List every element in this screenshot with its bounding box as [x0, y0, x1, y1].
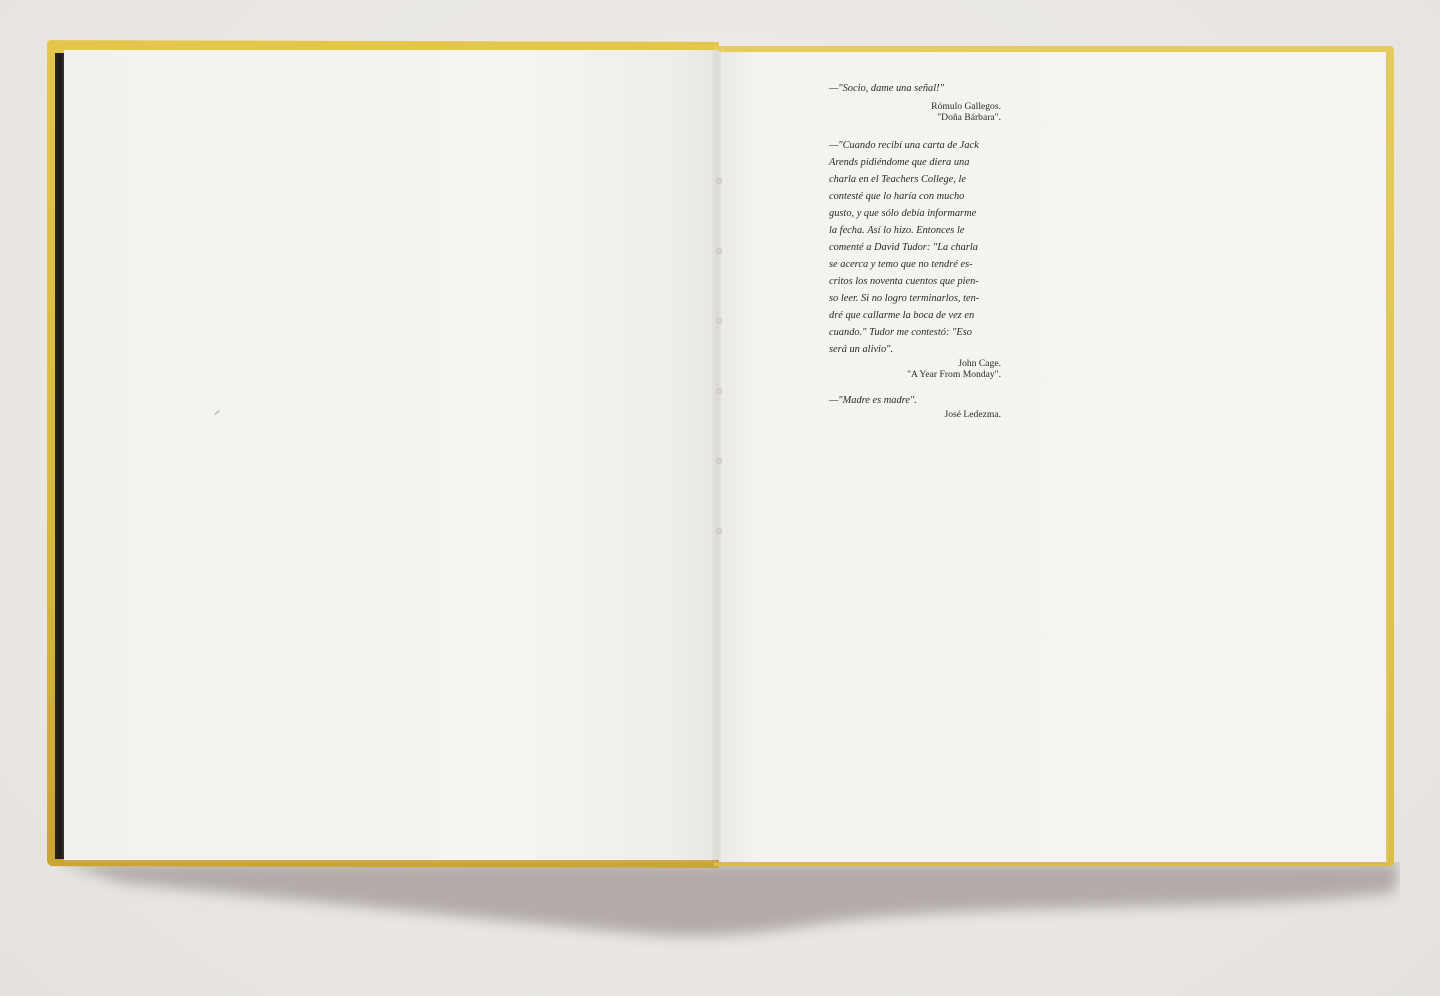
quote-line: la fecha. Así lo hizo. Entonces le — [829, 222, 1001, 239]
epigraph-work: "Doña Bárbara". — [829, 112, 1001, 123]
binding-stitch — [716, 388, 722, 394]
epigraph-author: John Cage. — [829, 358, 1001, 369]
quote-line: so leer. Si no logro terminarlos, ten- — [829, 290, 1001, 307]
quote-line: dré que callarme la boca de vez en — [829, 307, 1001, 324]
quote-line: contesté que lo haría con mucho — [829, 188, 1001, 205]
quote-line: gusto, y que sólo debía informarme — [829, 205, 1001, 222]
right-page[interactable] — [719, 52, 1388, 864]
binding-stitch — [716, 528, 722, 534]
quote-line: —"Cuando recibí una carta de Jack — [829, 137, 1001, 154]
epigraph-quote: —"Socio, dame una señal!" — [829, 80, 1001, 97]
epigraph-quote: —"Madre es madre". — [829, 392, 1001, 409]
book-gutter — [712, 50, 724, 862]
quote-line: será un alivio". — [829, 341, 1001, 358]
quote-line: comenté a David Tudor: "La charla — [829, 239, 1001, 256]
epigraph-author: Rómulo Gallegos. — [829, 101, 1001, 112]
epigraph-block: —"Socio, dame una señal!" Rómulo Gallego… — [829, 80, 1001, 420]
epigraph-work: "A Year From Monday". — [829, 369, 1001, 380]
binding-stitch — [716, 318, 722, 324]
quote-line: se acerca y temo que no tendré es- — [829, 256, 1001, 273]
epigraph-3: —"Madre es madre". José Ledezma. — [829, 392, 1001, 420]
binding-stitch — [716, 458, 722, 464]
quote-line: cuando." Tudor me contestó: "Eso — [829, 324, 1001, 341]
epigraph-2: —"Cuando recibí una carta de Jack Arends… — [829, 137, 1001, 380]
quote-line: charla en el Teachers College, le — [829, 171, 1001, 188]
epigraph-author: José Ledezma. — [829, 409, 1001, 420]
pencil-mark — [214, 410, 219, 415]
binding-stitch — [716, 248, 722, 254]
binding-stitch — [716, 178, 722, 184]
left-page[interactable] — [64, 50, 719, 863]
cover-spine-edge — [55, 53, 64, 859]
quote-line: critos los noventa cuentos que pien- — [829, 273, 1001, 290]
quote-line: Arends pidiéndome que diera una — [829, 154, 1001, 171]
epigraph-1: —"Socio, dame una señal!" Rómulo Gallego… — [829, 80, 1001, 123]
